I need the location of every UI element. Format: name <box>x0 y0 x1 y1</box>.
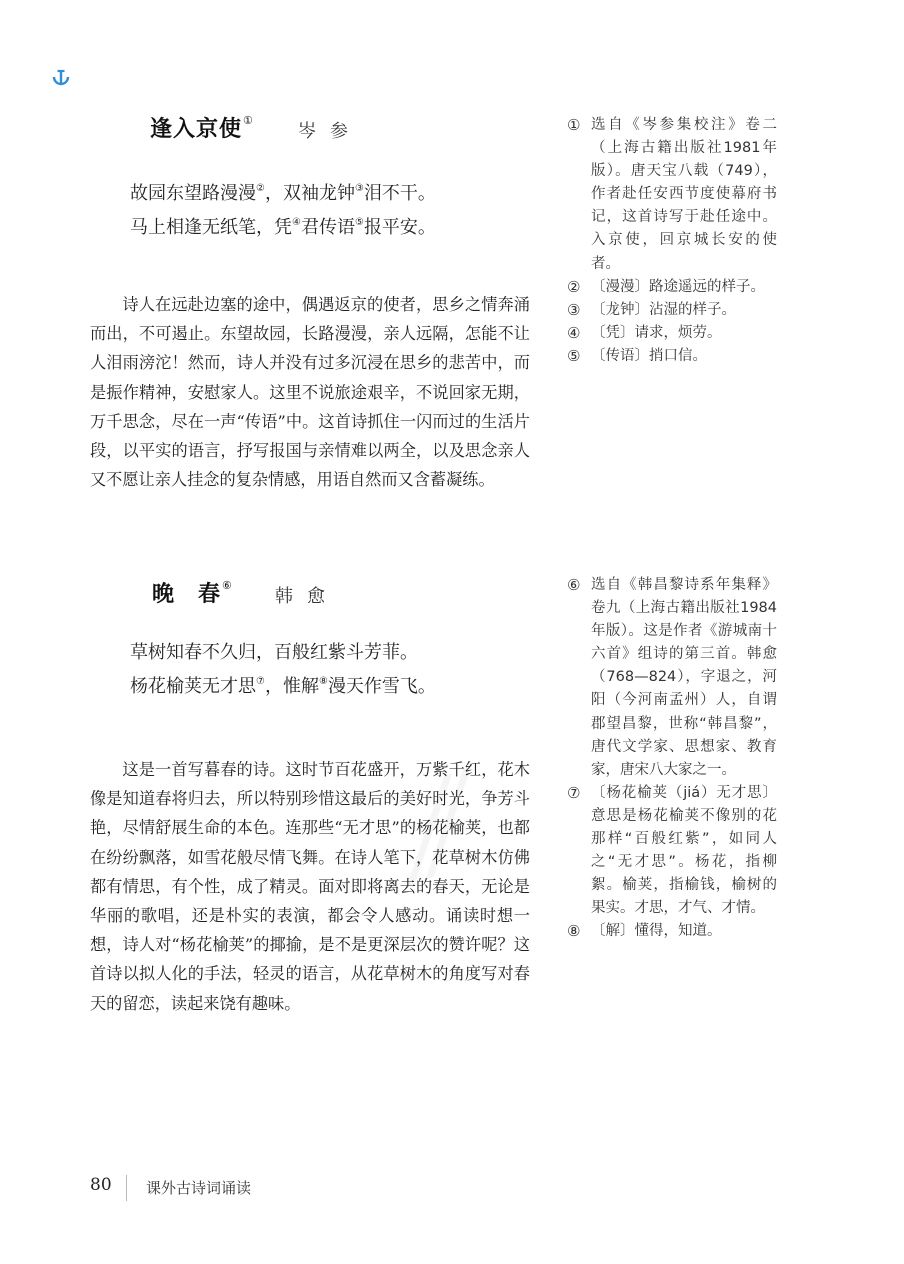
footnote: ①选自《岑参集校注》卷二（上海古籍出版社1981年版）。唐天宝八载（749），作… <box>567 114 777 276</box>
footnote-text: 〔龙钟〕沾湿的样子。 <box>591 299 777 322</box>
line-text: 漫天作雪飞。 <box>328 676 436 697</box>
poem-title-text: 逢入京使 <box>150 116 242 142</box>
footnote-text: 〔传语〕捎口信。 <box>591 345 777 368</box>
footnote: ④〔凭〕请求，烦劳。 <box>567 322 777 345</box>
footnote-ref[interactable]: ⑤ <box>355 217 364 228</box>
footnote-number: ① <box>567 114 591 276</box>
footnote-number: ⑦ <box>567 782 591 921</box>
poem-title-text: 晚 春 <box>152 581 221 607</box>
poem-author: 岑参 <box>298 117 362 143</box>
line-text: 报平安。 <box>364 217 436 238</box>
poem-commentary: 这是一首写暮春的诗。这时节百花盛开，万紫千红，花木像是知道春将归去，所以特别珍惜… <box>90 755 530 1018</box>
section-title: 课外古诗词诵读 <box>146 1177 251 1198</box>
footnote-number: ③ <box>567 299 591 322</box>
line-text: 泪不干。 <box>364 183 436 204</box>
footnote-ref[interactable]: ⑥ <box>222 579 233 592</box>
footnote-number: ⑧ <box>567 920 591 943</box>
footnote-ref[interactable]: ④ <box>292 217 301 228</box>
poem-line: 故园东望路漫漫②，双袖龙钟③泪不干。 <box>130 174 436 208</box>
poem-line: 草树知春不久归，百般红紫斗芳菲。 <box>130 638 436 667</box>
footnote-number: ⑥ <box>567 574 591 782</box>
poem-title: 晚 春⑥ <box>152 577 233 608</box>
footnotes: ⑥选自《韩昌黎诗系年集释》卷九（上海古籍出版社1984年版）。这是作者《游城南十… <box>567 574 777 944</box>
poem-line: 杨花榆荚无才思⑦，惟解⑧漫天作雪飞。 <box>130 667 436 701</box>
anchor-icon <box>51 67 71 87</box>
footnote-number: ② <box>567 276 591 299</box>
line-text: ，双袖龙钟 <box>265 183 355 204</box>
poem-body: 故园东望路漫漫②，双袖龙钟③泪不干。 马上相逢无纸笔，凭④君传语⑤报平安。 <box>130 174 436 242</box>
footnote-ref[interactable]: ③ <box>355 183 364 194</box>
poem-commentary: 诗人在远赴边塞的途中，偶遇返京的使者，思乡之情奔涌而出，不可遏止。东望故园，长路… <box>90 290 530 494</box>
footnote: ⑧〔解〕懂得，知道。 <box>567 920 777 943</box>
line-text: 草树知春不久归，百般红紫斗芳菲。 <box>130 642 418 663</box>
poem-title: 逢入京使① <box>150 112 254 143</box>
footnotes: ①选自《岑参集校注》卷二（上海古籍出版社1981年版）。唐天宝八载（749），作… <box>567 114 777 368</box>
footnote-text: 〔凭〕请求，烦劳。 <box>591 322 777 345</box>
footnote-text: 〔解〕懂得，知道。 <box>591 920 777 943</box>
page-number: 80 <box>90 1175 112 1195</box>
footnote: ⑤〔传语〕捎口信。 <box>567 345 777 368</box>
line-text: 杨花榆荚无才思 <box>130 676 256 697</box>
poem-body: 草树知春不久归，百般红紫斗芳菲。 杨花榆荚无才思⑦，惟解⑧漫天作雪飞。 <box>130 638 436 701</box>
line-text: 故园东望路漫漫 <box>130 183 256 204</box>
footnote-ref[interactable]: ⑦ <box>256 676 265 687</box>
footnote-ref[interactable]: ⑧ <box>319 676 328 687</box>
footnote: ③〔龙钟〕沾湿的样子。 <box>567 299 777 322</box>
footnote-ref[interactable]: ② <box>256 183 265 194</box>
line-text: 君传语 <box>301 217 355 238</box>
footnote: ②〔漫漫〕路途遥远的样子。 <box>567 276 777 299</box>
footnote: ⑦〔杨花榆荚（jiá）无才思〕意思是杨花榆荚不像别的花那样“百般红紫”，如同人之… <box>567 782 777 921</box>
footnote-ref[interactable]: ① <box>243 114 254 127</box>
footnote: ⑥选自《韩昌黎诗系年集释》卷九（上海古籍出版社1984年版）。这是作者《游城南十… <box>567 574 777 782</box>
poem-author: 韩愈 <box>275 582 339 608</box>
line-text: ，惟解 <box>265 676 319 697</box>
footer-divider <box>126 1175 127 1201</box>
poem-line: 马上相逢无纸笔，凭④君传语⑤报平安。 <box>130 208 436 242</box>
footnote-text: 〔漫漫〕路途遥远的样子。 <box>591 276 777 299</box>
footnote-text: 选自《韩昌黎诗系年集释》卷九（上海古籍出版社1984年版）。这是作者《游城南十六… <box>591 574 777 782</box>
line-text: 马上相逢无纸笔，凭 <box>130 217 292 238</box>
footnote-text: 〔杨花榆荚（jiá）无才思〕意思是杨花榆荚不像别的花那样“百般红紫”，如同人之“… <box>591 782 777 921</box>
footnote-number: ④ <box>567 322 591 345</box>
footnote-text: 选自《岑参集校注》卷二（上海古籍出版社1981年版）。唐天宝八载（749），作者… <box>591 114 777 276</box>
footnote-number: ⑤ <box>567 345 591 368</box>
